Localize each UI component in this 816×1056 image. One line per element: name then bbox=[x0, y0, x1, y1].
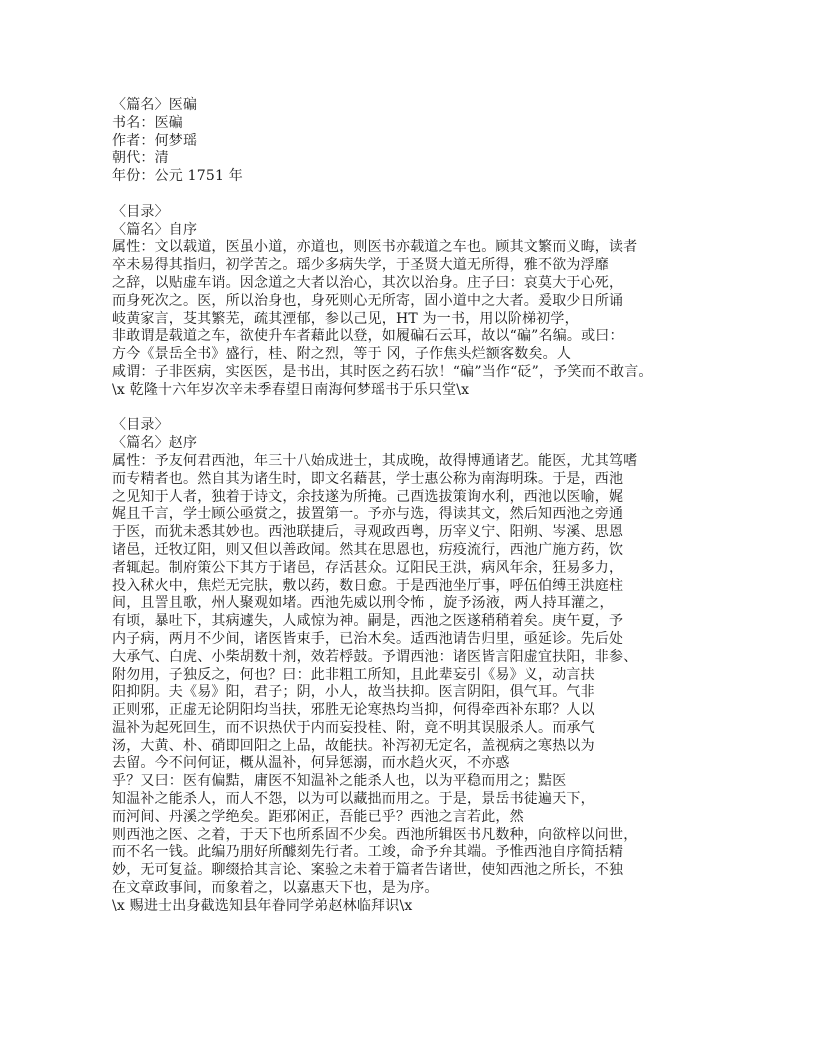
text-line: 诸邑，迁牧辽阳，则又但以善政闻。然其在思恩也，疠疫流行，西池广施方药，饮 bbox=[112, 542, 732, 560]
text-line: 汤，大黄、朴、硝即回阳之上品，故能扶。补泻初无定名，盖视病之寒热以为 bbox=[112, 738, 732, 756]
text-line: 而专精者也。然自其为诸生时，即文名藉甚，学士惠公称为南海明珠。于是，西池 bbox=[112, 471, 732, 489]
text-line: 之辞，以贴虚车诮。因念道之大者以治心，其次以治身。庄子曰：哀莫大于心死， bbox=[112, 275, 732, 293]
text-line: 〈篇名〉赵序 bbox=[112, 435, 732, 453]
text-line: 之见知于人者，独着于诗文，余技遂为所掩。己酉选拔策询水利，西池以医喻，娓 bbox=[112, 489, 732, 507]
text-line: 〈篇名〉医碥 bbox=[112, 97, 732, 115]
text-line: 属性：文以载道，医虽小道，亦道也，则医书亦载道之车也。顾其文繁而义晦，读者 bbox=[112, 239, 732, 257]
text-line: 投入秫火中，焦烂无完肤，敷以药，数日愈。于是西池坐厅事，呼伍伯缚王洪庭柱 bbox=[112, 578, 732, 596]
text-line: 书名：医碥 bbox=[112, 115, 732, 133]
zhao-preface-section: 〈目录〉〈篇名〉赵序属性：予友何君西池，年三十八始成进士，其成晚，故得博通诸艺。… bbox=[112, 417, 732, 915]
header-block: 〈篇名〉医碥书名：医碥作者：何梦瑶朝代：清年份：公元 1751 年 bbox=[112, 97, 732, 186]
text-line: 妙，无可复益。聊缀拾其言论、案验之未着于篇者告诸世，使知西池之所长，不独 bbox=[112, 862, 732, 880]
text-line: 而不名一钱。此编乃朋好所醵刻先行者。工竣，命予弁其端。予惟西池自序简括精 bbox=[112, 844, 732, 862]
text-line: 朝代：清 bbox=[112, 150, 732, 168]
text-line: 属性：予友何君西池，年三十八始成进士，其成晚，故得博通诸艺。能医，尤其笃嗜 bbox=[112, 453, 732, 471]
self-preface-section: 〈目录〉〈篇名〉自序属性：文以载道，医虽小道，亦道也，则医书亦载道之车也。顾其文… bbox=[112, 204, 732, 400]
text-line: 则西池之医、之着，于天下也所系固不少矣。西池所辑医书凡数种，向欲梓以问世， bbox=[112, 827, 732, 845]
text-line: 作者：何梦瑶 bbox=[112, 133, 732, 151]
text-line: 正则邪，正虚无论阴阳均当扶，邪胜无论寒热均当抑，何得牵西补东耶？人以 bbox=[112, 702, 732, 720]
text-line: 非敢谓是载道之车，欲使升车者藉此以登，如履碥石云耳，故以“碥”名编。或曰： bbox=[112, 328, 732, 346]
text-line: 于医，而犹未悉其妙也。西池联捷后，寻观政西粤，历宰义宁、阳朔、岑溪、思恩 bbox=[112, 524, 732, 542]
text-line: 岐黄家言，芟其繁芜，疏其湮郁，参以己见，HT 为一书，用以阶梯初学， bbox=[112, 311, 732, 329]
text-line: 〈目录〉 bbox=[112, 417, 732, 435]
text-line: 内子病，两月不少间，诸医皆束手，已治木矣。适西池请告归里，亟延诊。先后处 bbox=[112, 631, 732, 649]
text-line: 娓且千言，学士顾公亟赏之，拔置第一。予亦与选，得读其文，然后知西池之旁通 bbox=[112, 506, 732, 524]
text-line: 知温补之能杀人，而人不怨，以为可以藏拙而用之。于是，景岳书徒遍天下， bbox=[112, 791, 732, 809]
text-line: \x 乾隆十六年岁次辛未季春望日南海何梦瑶书于乐只堂\x bbox=[112, 382, 732, 400]
text-line: 大承气、白虎、小柴胡数十剂，效若桴鼓。予谓西池：诸医皆言阳虚宜扶阳，非参、 bbox=[112, 649, 732, 667]
text-line: 卒未易得其指归，初学苦之。瑶少多病失学，于圣贤大道无所得，雅不欲为浮靡 bbox=[112, 257, 732, 275]
text-line: 在文章政事间，而象着之，以嘉惠天下也，是为序。 bbox=[112, 880, 732, 898]
text-line: 而身死次之。医，所以治身也，身死则心无所寄，固小道中之大者。爰取少日所诵 bbox=[112, 293, 732, 311]
text-line: 而河间、丹溪之学绝矣。距邪闲正，吾能已乎？西池之言若此，然 bbox=[112, 809, 732, 827]
text-line: 者辄起。制府策公下其方于诸邑，存活甚众。辽阳民王洪，病风年余，狂易多力， bbox=[112, 560, 732, 578]
document-content: 〈篇名〉医碥书名：医碥作者：何梦瑶朝代：清年份：公元 1751 年 〈目录〉〈篇… bbox=[112, 97, 732, 933]
text-line: 乎？又曰：医有偏黠，庸医不知温补之能杀人也，以为平稳而用之；黠医 bbox=[112, 773, 732, 791]
text-line: 阳抑阴。夫《易》阳，君子；阴，小人，故当扶抑。医言阴阳，俱气耳。气非 bbox=[112, 684, 732, 702]
text-line: 有顷，暴吐下，其病遽失，人咸惊为神。嗣是，西池之医遂稍稍着矣。庚午夏，予 bbox=[112, 613, 732, 631]
text-line: 附勿用，子独反之，何也？曰：此非粗工所知，且此辈妄引《易》义，动言扶 bbox=[112, 667, 732, 685]
text-line: \x 赐进士出身截选知县年眷同学弟赵林临拜识\x bbox=[112, 898, 732, 916]
text-line: 〈篇名〉自序 bbox=[112, 222, 732, 240]
text-line: 温补为起死回生，而不识热伏于内而妄投桂、附，竟不明其误服杀人。而承气 bbox=[112, 720, 732, 738]
text-line: 〈目录〉 bbox=[112, 204, 732, 222]
text-line: 年份：公元 1751 年 bbox=[112, 168, 732, 186]
text-line: 去留。今不问何证，概从温补，何异惩溺，而水趋火灭，不亦惑 bbox=[112, 755, 732, 773]
document-page: 〈篇名〉医碥书名：医碥作者：何梦瑶朝代：清年份：公元 1751 年 〈目录〉〈篇… bbox=[0, 0, 816, 1056]
text-line: 方今《景岳全书》盛行，桂、附之烈，等于 冈，子作焦头烂额客数矣。人 bbox=[112, 346, 732, 364]
text-line: 咸谓：子非医病，实医医，是书出，其时医之药石欤！“碥”当作“砭”，予笑而不敢言。 bbox=[112, 364, 732, 382]
text-line: 间，且詈且歌，州人聚观如堵。西池先威以刑令怖 ，旋予汤液，两人持耳灌之， bbox=[112, 595, 732, 613]
